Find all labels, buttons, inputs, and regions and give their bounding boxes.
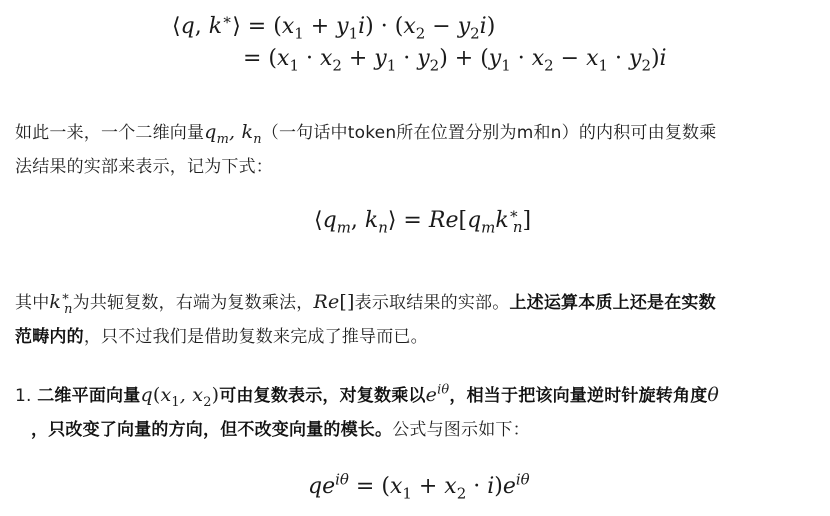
equation-real-part: ⟨qm, kn⟩ = Re[qmk∗n] <box>314 208 531 233</box>
math-theta: θ <box>707 384 719 406</box>
text: ，只不过我们是借助复数来完成了推导而已。 <box>84 327 428 347</box>
equation-line-1: ⟨q, k∗⟩ = (x1 + y1i) · (x2 − y2i) <box>172 14 495 39</box>
paragraph-line-2: 法结果的实部来表示，记为下式： <box>15 150 716 184</box>
equation-line-2: = (x1 · x2 + y1 · y2) + (y1 · x2 − x1 · … <box>243 46 667 71</box>
text: 如此一来，一个二维向量 <box>15 123 204 143</box>
bold-text: 范畴内的 <box>15 327 84 347</box>
paragraph-line-1: 如此一来，一个二维向量qm, kn（一句话中token所在位置分别为m和n）的内… <box>15 115 716 150</box>
bold-text: ，相当于把该向量逆时针旋转角度 <box>449 386 707 406</box>
math-e-itheta: eiθ <box>426 384 450 406</box>
paragraph-line-1: 其中k∗n为共轭复数，右端为复数乘法，Re[]表示取结果的实部。上述运算本质上还… <box>15 285 716 320</box>
bold-text: ，只改变了向量的方向，但不改变向量的模长。 <box>31 420 392 440</box>
equation-rhs-2: = (x1 · x2 + y1 · y2) + (y1 · x2 − x1 · … <box>243 46 667 71</box>
math-qm-kn: qm, kn <box>204 121 262 143</box>
paragraph-line-2: 范畴内的，只不过我们是借助复数来完成了推导而已。 <box>15 320 716 354</box>
list-item-line-2: ，只改变了向量的方向，但不改变向量的模长。公式与图示如下： <box>15 413 719 447</box>
math-q-x1-x2: q(x1, x2) <box>140 384 219 406</box>
text: 为共轭复数，右端为复数乘法， <box>73 293 314 313</box>
math-kn-conjugate: k∗n <box>49 291 72 313</box>
math-brackets: [] <box>339 291 354 313</box>
list-item-line-1: 1. 二维平面向量q(x1, x2)可由复数表示，对复数乘以eiθ，相当于把该向… <box>15 378 719 413</box>
paragraph-conjugate: 其中k∗n为共轭复数，右端为复数乘法，Re[]表示取结果的实部。上述运算本质上还… <box>15 285 716 354</box>
equation-lhs: ⟨q, k∗⟩ <box>172 14 241 39</box>
text: （一句话中token所在位置分别为m和n）的内积可由复数乘 <box>262 123 717 143</box>
list-item-rotation: 1. 二维平面向量q(x1, x2)可由复数表示，对复数乘以eiθ，相当于把该向… <box>15 378 719 447</box>
equation-rhs-1: = (x1 + y1i) · (x2 − y2i) <box>248 14 495 39</box>
bold-text: 二维平面向量 <box>37 386 140 406</box>
text: 其中 <box>15 293 49 313</box>
paragraph-inner-product: 如此一来，一个二维向量qm, kn（一句话中token所在位置分别为m和n）的内… <box>15 115 716 184</box>
text: 表示取结果的实部。 <box>355 293 510 313</box>
bold-text: 可由复数表示，对复数乘以 <box>219 386 425 406</box>
list-number: 1. <box>15 386 32 406</box>
equation-rotation: qeiθ = (x1 + x2 · i)eiθ <box>308 474 530 499</box>
bold-text: 上述运算本质上还是在实数 <box>509 293 715 313</box>
math-re: Re <box>313 291 339 313</box>
text: 公式与图示如下： <box>392 420 530 440</box>
